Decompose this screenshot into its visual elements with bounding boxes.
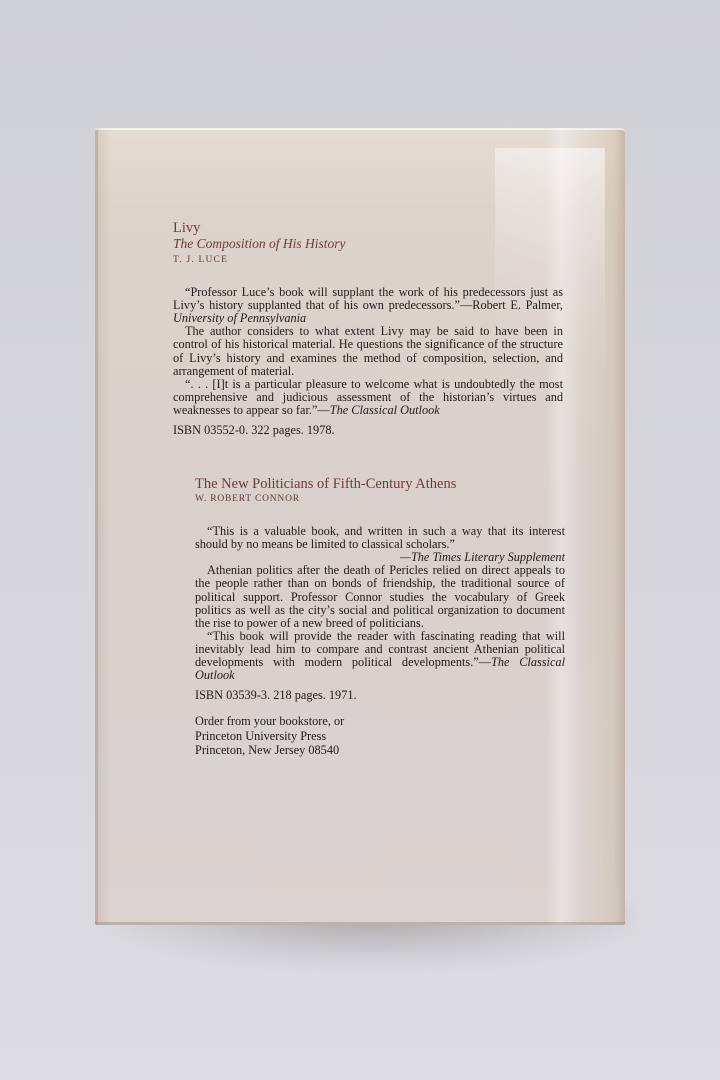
book1-quote1: “Professor Luce’s book will supplant the… xyxy=(173,286,563,325)
order-line-3: Princeton, New Jersey 08540 xyxy=(195,743,565,758)
book-back-cover: Livy The Composition of His History T. J… xyxy=(95,128,625,925)
book1-subtitle: The Composition of His History xyxy=(173,236,563,252)
book1-section: Livy The Composition of His History T. J… xyxy=(173,220,563,437)
book1-title: Livy xyxy=(173,220,563,236)
book1-description: The author considers to what extent Livy… xyxy=(173,325,563,377)
book2-description: Athenian politics after the death of Per… xyxy=(195,564,565,629)
order-line-2: Princeton University Press xyxy=(195,729,565,744)
order-line-1: Order from your bookstore, or xyxy=(195,714,565,729)
book1-author: T. J. LUCE xyxy=(173,254,563,267)
book2-isbn: ISBN 03539-3. 218 pages. 1971. xyxy=(195,689,565,702)
book2-author: W. ROBERT CONNOR xyxy=(195,493,565,506)
order-info: Order from your bookstore, or Princeton … xyxy=(195,714,565,758)
book2-title: The New Politicians of Fifth-Century Ath… xyxy=(195,476,565,492)
book2-section: The New Politicians of Fifth-Century Ath… xyxy=(195,476,565,758)
book2-quote2: “This book will provide the reader with … xyxy=(195,630,565,682)
book1-quote2: “. . . [I]t is a particular pleasure to … xyxy=(173,378,563,417)
book1-isbn: ISBN 03552-0. 322 pages. 1978. xyxy=(173,424,563,437)
book2-quote1: “This is a valuable book, and written in… xyxy=(195,525,565,551)
